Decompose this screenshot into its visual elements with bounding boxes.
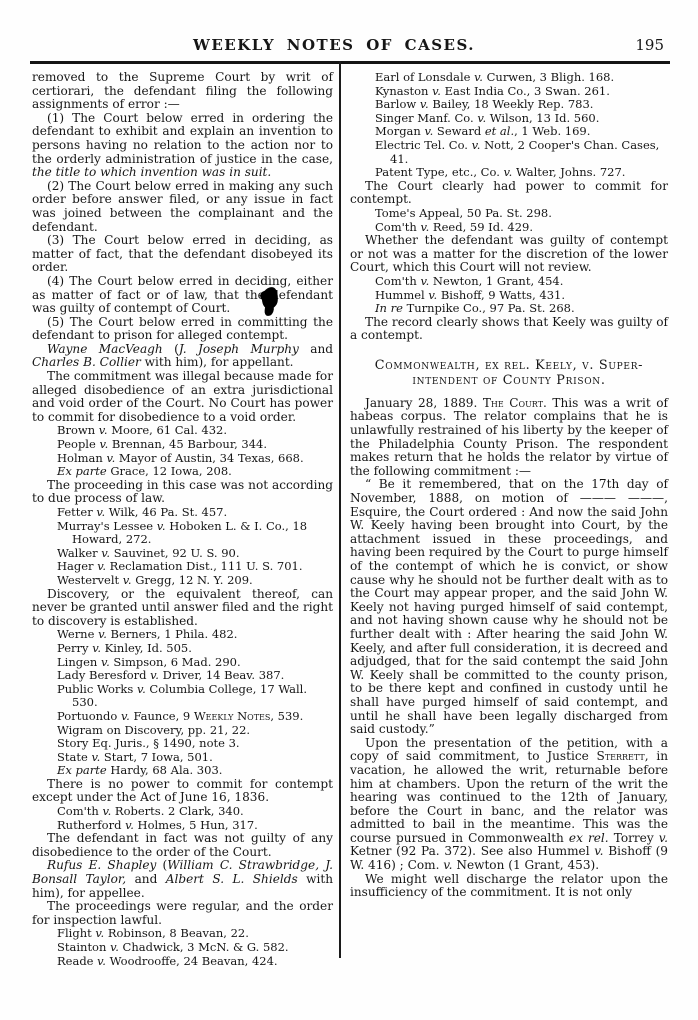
text-segment: Public Works xyxy=(57,682,137,696)
paragraph: We might well discharge the relator upon… xyxy=(350,873,668,900)
paragraph: Whether the defendant was guilty of cont… xyxy=(350,234,668,275)
text-segment: Wayne MacVeagh xyxy=(47,342,163,356)
text-segment: v. xyxy=(474,70,483,84)
citation: Com'th v. Newton, 1 Grant, 454. xyxy=(350,275,668,289)
citation: Story Eq. Juris., § 1490, note 3. xyxy=(32,737,333,751)
citation-list: Fetter v. Wilk, 46 Pa. St. 457.Murray's … xyxy=(32,506,333,588)
text-segment: v. xyxy=(101,655,110,669)
citation: Perry v. Kinley, Id. 505. xyxy=(32,642,333,656)
text-segment: Hummel xyxy=(375,288,428,302)
text-segment: Lingen xyxy=(57,655,101,669)
paragraph: Discovery, or the equivalent thereof, ca… xyxy=(32,588,333,629)
text-segment: Rufus E. Shapley xyxy=(47,858,156,872)
text-segment: Morgan xyxy=(375,124,424,138)
text-segment: , 1 Web. 169. xyxy=(514,124,590,138)
paragraph: (2) The Court below erred in making any … xyxy=(32,180,333,234)
paragraph: The proceeding in this case was not acco… xyxy=(32,479,333,506)
citation: Fetter v. Wilk, 46 Pa. St. 457. xyxy=(32,506,333,520)
header-rule xyxy=(30,61,670,64)
paragraph: (1) The Court below erred in ordering th… xyxy=(32,112,333,180)
case-heading: Commonwealth, ex rel. Keely, v. Super-in… xyxy=(350,358,668,388)
text-segment: Rutherford xyxy=(57,818,125,832)
text-segment: removed to the Supreme Court by writ of … xyxy=(32,70,333,111)
page-number: 195 xyxy=(635,36,664,54)
paragraph: January 28, 1889. The Court. This was a … xyxy=(350,397,668,479)
citation: Lingen v. Simpson, 6 Mad. 290. xyxy=(32,656,333,670)
text-segment: Lady Beresford xyxy=(57,668,150,682)
citation: Westervelt v. Gregg, 12 N. Y. 209. xyxy=(32,574,333,588)
text-segment: v. xyxy=(92,641,101,655)
right-column: Earl of Lonsdale v. Curwen, 3 Bligh. 168… xyxy=(350,71,668,900)
text-segment: Patent Type, etc., Co. xyxy=(375,165,504,179)
text-segment: v. xyxy=(477,111,486,125)
citation: In re Turnpike Co., 97 Pa. St. 268. xyxy=(350,302,668,316)
paragraph: The commitment was illegal because made … xyxy=(32,370,333,424)
text-segment: v. xyxy=(101,546,110,560)
text-segment: The record clearly shows that Keely was … xyxy=(350,315,668,343)
text-segment: v. xyxy=(97,954,106,968)
text-segment: Murray's Lessee xyxy=(57,519,157,533)
text-segment: Reed, 59 Id. 429. xyxy=(429,220,533,234)
paragraph: The Court clearly had power to commit fo… xyxy=(350,180,668,207)
text-segment: Kynaston xyxy=(375,84,432,98)
journal-title: WEEKLY NOTES OF CASES. xyxy=(32,36,636,54)
text-segment: Bishoff, 9 Watts, 431. xyxy=(437,288,565,302)
paragraph: (4) The Court below erred in deciding, e… xyxy=(32,275,333,316)
text-segment: Gregg, 12 N. Y. 209. xyxy=(132,573,253,587)
text-segment: (1) The Court below erred in ordering th… xyxy=(32,111,333,166)
text-segment: Start, 7 Iowa, 501. xyxy=(100,750,213,764)
text-segment: J. Joseph Murphy xyxy=(179,342,299,356)
citation: Stainton v. Chadwick, 3 McN. & G. 582. xyxy=(32,941,333,955)
text-segment: Ex parte xyxy=(57,464,107,478)
paragraph: Rufus E. Shapley (William C. Strawbridge… xyxy=(32,859,333,900)
text-segment: People xyxy=(57,437,99,451)
paragraph: Wayne MacVeagh (J. Joseph Murphy and Cha… xyxy=(32,343,333,370)
text-segment: Wilson, 13 Id. 560. xyxy=(486,111,599,125)
text-segment: ex rel. xyxy=(569,831,609,845)
text-segment: et al. xyxy=(485,124,514,138)
text-segment: v. xyxy=(123,573,132,587)
citation-list: Tome's Appeal, 50 Pa. St. 298.Com'th v. … xyxy=(350,207,668,234)
paragraph: There is no power to commit for contempt… xyxy=(32,778,333,805)
paragraph: (3) The Court below erred in deciding, a… xyxy=(32,234,333,275)
citation: Ex parte Hardy, 68 Ala. 303. xyxy=(32,764,333,778)
text-segment: v. xyxy=(428,288,437,302)
document-page: WEEKLY NOTES OF CASES. 195 removed to th… xyxy=(0,0,698,1020)
paragraph: The defendant in fact was not guilty of … xyxy=(32,832,333,859)
text-segment: Grace, 12 Iowa, 208. xyxy=(107,464,232,478)
text-segment: The defendant in fact was not guilty of … xyxy=(32,831,333,859)
citation-list: Earl of Lonsdale v. Curwen, 3 Bligh. 168… xyxy=(350,71,668,180)
text-segment: Westervelt xyxy=(57,573,123,587)
text-segment: Curwen, 3 Bligh. 168. xyxy=(483,70,614,84)
text-segment: Com'th xyxy=(375,220,420,234)
text-segment: The proceeding in this case was not acco… xyxy=(32,478,333,506)
text-segment: Wilk, 46 Pa. St. 457. xyxy=(105,505,227,519)
text-segment: Tome's Appeal, 50 Pa. St. 298. xyxy=(375,206,552,220)
paragraph: The record clearly shows that Keely was … xyxy=(350,316,668,343)
text-segment: Newton, 1 Grant, 454. xyxy=(429,274,563,288)
text-segment: v. xyxy=(96,505,105,519)
text-segment: Singer Manf. Co. xyxy=(375,111,477,125)
citation: Barlow v. Bailey, 18 Weekly Rep. 783. xyxy=(350,98,668,112)
text-segment: Roberts. 2 Clark, 340. xyxy=(111,804,243,818)
citation: Patent Type, etc., Co. v. Walter, Johns.… xyxy=(350,166,668,180)
citation: Electric Tel. Co. v. Nott, 2 Cooper's Ch… xyxy=(350,139,668,166)
citation: Werne v. Berners, 1 Phila. 482. xyxy=(32,628,333,642)
citation-list: Com'th v. Roberts. 2 Clark, 340.Rutherfo… xyxy=(32,805,333,832)
text-segment: v. xyxy=(420,97,429,111)
text-segment: Portuondo xyxy=(57,709,121,723)
text-segment: The Court clearly had power to commit fo… xyxy=(350,179,668,207)
text-segment: v. xyxy=(424,124,433,138)
citation: Lady Beresford v. Driver, 14 Beav. 387. xyxy=(32,669,333,683)
citation: Flight v. Robinson, 8 Beavan, 22. xyxy=(32,927,333,941)
citation: Singer Manf. Co. v. Wilson, 13 Id. 560. xyxy=(350,112,668,126)
text-segment: v. xyxy=(99,423,108,437)
citation-list: Werne v. Berners, 1 Phila. 482.Perry v. … xyxy=(32,628,333,778)
text-segment: v. xyxy=(157,519,166,533)
left-column: removed to the Supreme Court by writ of … xyxy=(32,71,333,968)
text-segment: Walter, Johns. 727. xyxy=(512,165,625,179)
text-segment: In re xyxy=(375,301,403,315)
text-segment: v. xyxy=(420,220,429,234)
text-segment: v. xyxy=(432,84,441,98)
paragraph: removed to the Supreme Court by writ of … xyxy=(32,71,333,112)
citation: Hummel v. Bishoff, 9 Watts, 431. xyxy=(350,289,668,303)
citation: Com'th v. Reed, 59 Id. 429. xyxy=(350,221,668,235)
citation: Public Works v. Columbia College, 17 Wal… xyxy=(32,683,333,710)
text-segment: East India Co., 3 Swan. 261. xyxy=(441,84,610,98)
text-segment: Fetter xyxy=(57,505,96,519)
text-segment: ( xyxy=(156,858,167,872)
text-segment: v. xyxy=(91,750,100,764)
citation: Portuondo v. Faunce, 9 Weekly Notes, 539… xyxy=(32,710,333,724)
text-segment: Hager xyxy=(57,559,97,573)
text-segment: Brennan, 45 Barbour, 344. xyxy=(108,437,267,451)
citation-list: Com'th v. Newton, 1 Grant, 454.Hummel v.… xyxy=(350,275,668,316)
text-segment: v. xyxy=(150,668,159,682)
text-segment: with him), for appellant. xyxy=(141,355,294,369)
text-segment: There is no power to commit for contempt… xyxy=(32,777,333,805)
citation: Walker v. Sauvinet, 92 U. S. 90. xyxy=(32,547,333,561)
text-segment: v. xyxy=(659,831,668,845)
text-segment: v. xyxy=(125,818,134,832)
text-segment: Werne xyxy=(57,627,98,641)
text-segment: v. xyxy=(99,437,108,451)
citation: Ex parte Grace, 12 Iowa, 208. xyxy=(32,465,333,479)
text-segment: Holman xyxy=(57,451,106,465)
text-segment: Mayor of Austin, 34 Texas, 668. xyxy=(115,451,303,465)
citation: Brown v. Moore, 61 Cal. 432. xyxy=(32,424,333,438)
citation: People v. Brennan, 45 Barbour, 344. xyxy=(32,438,333,452)
text-segment: Barlow xyxy=(375,97,420,111)
text-segment: Driver, 14 Beav. 387. xyxy=(159,668,284,682)
citation: Com'th v. Roberts. 2 Clark, 340. xyxy=(32,805,333,819)
paragraph: “ Be it remembered, that on the 17th day… xyxy=(350,478,668,736)
text-segment: (4) The Court below erred in deciding, e… xyxy=(32,274,333,315)
text-segment: Robinson, 8 Beavan, 22. xyxy=(104,926,249,940)
text-segment: Sauvinet, 92 U. S. 90. xyxy=(110,546,239,560)
text-segment: v. xyxy=(95,926,104,940)
text-segment: (2) The Court below erred in making any … xyxy=(32,179,333,234)
text-segment: v. xyxy=(137,682,146,696)
text-segment: Sterrett xyxy=(597,749,645,763)
text-segment: Whether the defendant was guilty of cont… xyxy=(350,233,668,274)
text-segment: Woodrooffe, 24 Beavan, 424. xyxy=(106,954,278,968)
paragraph: Upon the presentation of the petition, w… xyxy=(350,737,668,873)
text-segment: Com'th xyxy=(57,804,102,818)
text-segment: v. xyxy=(98,627,107,641)
text-segment: Earl of Lonsdale xyxy=(375,70,474,84)
text-segment: Perry xyxy=(57,641,92,655)
citation: Rutherford v. Holmes, 5 Hun, 317. xyxy=(32,819,333,833)
citation: Kynaston v. East India Co., 3 Swan. 261. xyxy=(350,85,668,99)
text-segment: Faunce, 9 xyxy=(130,709,194,723)
text-segment: Charles B. Collier xyxy=(32,355,141,369)
text-segment: Reade xyxy=(57,954,97,968)
text-segment: Electric Tel. Co. xyxy=(375,138,472,152)
text-segment: ( xyxy=(163,342,179,356)
citation: Hager v. Reclamation Dist., 111 U. S. 70… xyxy=(32,560,333,574)
text-segment: v. xyxy=(121,709,130,723)
citation: Wigram on Discovery, pp. 21, 22. xyxy=(32,724,333,738)
text-segment: Ex parte xyxy=(57,763,107,777)
text-segment: Torrey xyxy=(609,831,659,845)
citation-list: Brown v. Moore, 61 Cal. 432.People v. Br… xyxy=(32,424,333,478)
text-segment: Wigram on Discovery, pp. 21, 22. xyxy=(57,723,250,737)
citation: Tome's Appeal, 50 Pa. St. 298. xyxy=(350,207,668,221)
text-segment: and xyxy=(126,872,166,886)
text-segment: Weekly Notes xyxy=(194,709,271,723)
text-segment: the title to which invention was in suit… xyxy=(32,165,271,179)
text-segment: Discovery, or the equivalent thereof, ca… xyxy=(32,587,333,628)
text-segment: Berners, 1 Phila. 482. xyxy=(107,627,238,641)
text-segment: Brown xyxy=(57,423,99,437)
citation: Murray's Lessee v. Hoboken L. & I. Co., … xyxy=(32,520,333,547)
text-segment: v. xyxy=(420,274,429,288)
text-segment: Story Eq. Juris., § 1490, note 3. xyxy=(57,736,240,750)
text-segment: v. xyxy=(106,451,115,465)
column-divider xyxy=(339,61,341,958)
text-segment: The proceedings were regular, and the or… xyxy=(32,899,333,927)
text-segment: v. xyxy=(97,559,106,573)
case-heading-line: Commonwealth, ex rel. Keely, v. Super- xyxy=(350,358,668,373)
text-segment: and xyxy=(299,342,333,356)
text-segment: Com'th xyxy=(375,274,420,288)
text-segment: Turnpike Co., 97 Pa. St. 268. xyxy=(403,301,575,315)
text-segment: The commitment was illegal because made … xyxy=(32,369,333,424)
citation: Holman v. Mayor of Austin, 34 Texas, 668… xyxy=(32,452,333,466)
text-segment: Hardy, 68 Ala. 303. xyxy=(107,763,223,777)
paragraph: The proceedings were regular, and the or… xyxy=(32,900,333,927)
text-segment: Stainton xyxy=(57,940,110,954)
citation-list: Flight v. Robinson, 8 Beavan, 22.Stainto… xyxy=(32,927,333,968)
text-segment: Ketner (92 Pa. 372). See also Hummel xyxy=(350,844,594,858)
citation: Morgan v. Seward et al., 1 Web. 169. xyxy=(350,125,668,139)
text-segment: v. xyxy=(443,858,452,872)
text-segment: “ Be it remembered, that on the 17th day… xyxy=(350,477,668,736)
text-segment: Chadwick, 3 McN. & G. 582. xyxy=(119,940,289,954)
text-segment: State xyxy=(57,750,91,764)
paragraph: (5) The Court below erred in committing … xyxy=(32,316,333,343)
text-segment: Kinley, Id. 505. xyxy=(101,641,192,655)
text-segment: , 539. xyxy=(270,709,303,723)
text-segment: Moore, 61 Cal. 432. xyxy=(108,423,227,437)
citation: Earl of Lonsdale v. Curwen, 3 Bligh. 168… xyxy=(350,71,668,85)
text-segment: v. xyxy=(102,804,111,818)
case-heading-line: intendent of County Prison. xyxy=(350,373,668,388)
text-segment: (5) The Court below erred in committing … xyxy=(32,315,333,343)
text-segment: Reclamation Dist., 111 U. S. 701. xyxy=(106,559,302,573)
text-segment: v. xyxy=(594,844,603,858)
text-segment: Seward xyxy=(433,124,485,138)
text-segment: January 28, 1889. xyxy=(365,396,483,410)
text-segment: Walker xyxy=(57,546,101,560)
text-segment: We might well discharge the relator upon… xyxy=(350,872,668,900)
text-segment: Bailey, 18 Weekly Rep. 783. xyxy=(429,97,594,111)
text-segment: Flight xyxy=(57,926,95,940)
citation: Reade v. Woodrooffe, 24 Beavan, 424. xyxy=(32,955,333,969)
text-segment: The Court. xyxy=(483,396,547,410)
text-segment: v. xyxy=(110,940,119,954)
citation: State v. Start, 7 Iowa, 501. xyxy=(32,751,333,765)
text-segment: Newton (1 Grant, 453). xyxy=(453,858,600,872)
text-segment: v. xyxy=(504,165,513,179)
text-segment: Holmes, 5 Hun, 317. xyxy=(134,818,258,832)
text-segment: (3) The Court below erred in deciding, a… xyxy=(32,233,333,274)
text-segment: Albert S. L. Shields xyxy=(166,872,298,886)
text-segment: Simpson, 6 Mad. 290. xyxy=(110,655,241,669)
